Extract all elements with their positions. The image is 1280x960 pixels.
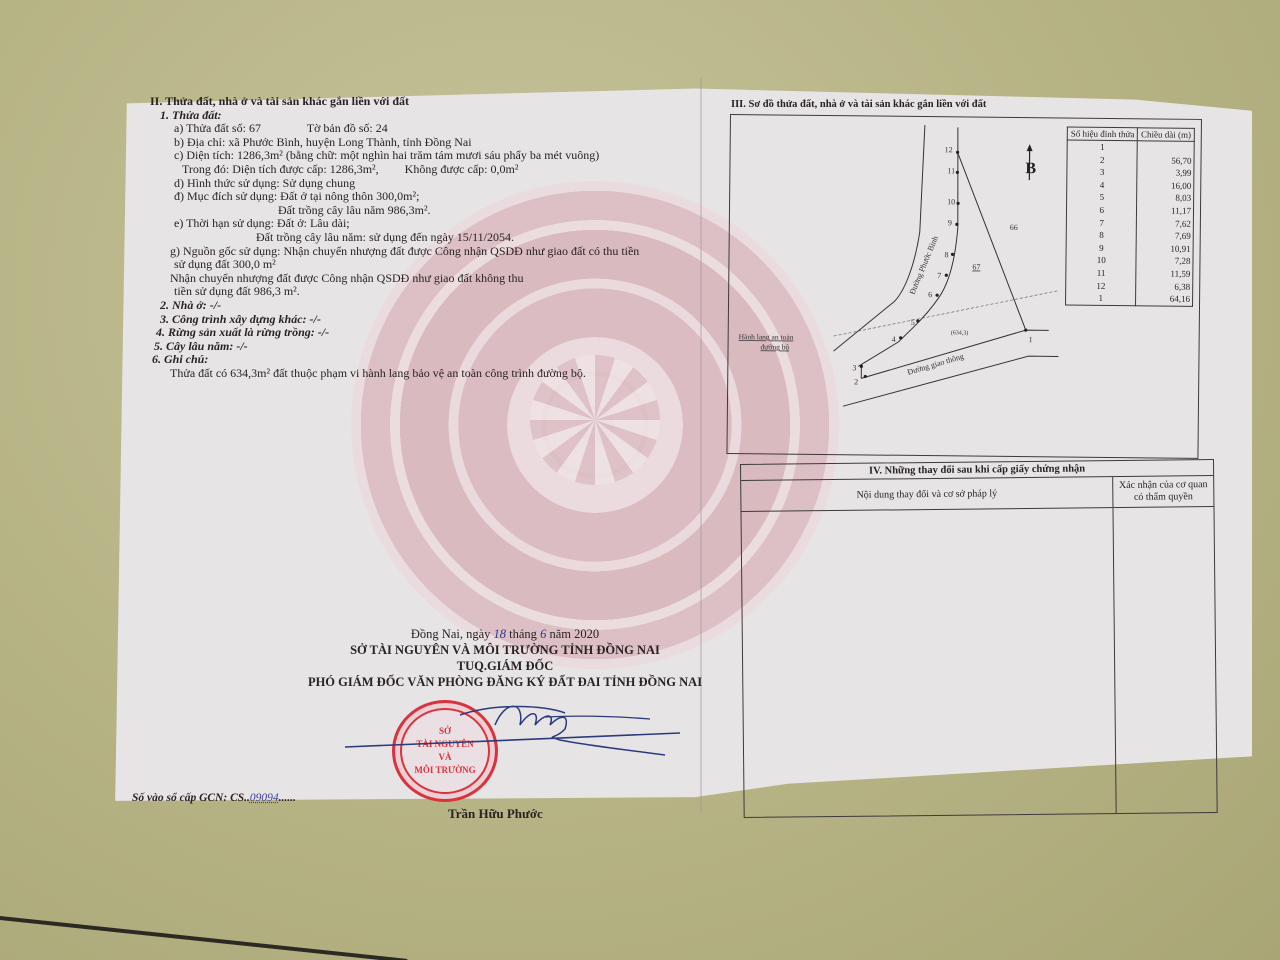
- term-1: e) Thời hạn sử dụng: Đất ở: Lâu dài;: [150, 217, 690, 231]
- area: c) Diện tích: 1286,3m² (bằng chữ: một ng…: [150, 149, 690, 163]
- corridor-area-label: (634,3): [951, 329, 969, 336]
- land-info-section: II. Thửa đất, nhà ở và tài sản khác gắn …: [150, 95, 690, 380]
- on-behalf: TUQ.GIÁM ĐỐC: [270, 658, 740, 674]
- length-cell: 56,70: [1137, 154, 1194, 167]
- origin-3: Nhận chuyển nhượng đất được Công nhận QS…: [150, 272, 690, 286]
- length-cell: 7,28: [1136, 255, 1193, 268]
- vertex-cell: 12: [1066, 279, 1137, 292]
- place-date: Đồng Nai, ngày 18 tháng 6 năm 2020: [270, 626, 740, 642]
- col-authority-confirmation: Xác nhận của cơ quan có thẩm quyền: [1112, 476, 1213, 507]
- signer-position: PHÓ GIÁM ĐỐC VĂN PHÒNG ĐĂNG KÝ ĐẤT ĐAI T…: [270, 674, 740, 690]
- purpose-1: đ) Mục đích sử dụng: Đất ở tại nông thôn…: [150, 190, 690, 204]
- table-row: 1: [1067, 140, 1194, 154]
- corridor-label-2: đường bộ: [761, 342, 790, 351]
- traffic-road-label: Đường giao thông: [906, 352, 965, 377]
- origin-2: sử dụng đất 300,0 m²: [150, 258, 690, 272]
- vertex-cell: 9: [1066, 241, 1137, 254]
- house: 2. Nhà ở: -/-: [150, 299, 690, 313]
- authority-confirmation-cell: [1112, 507, 1216, 813]
- col-change-content: Nội dung thay đổi và cơ sở pháp lý: [741, 477, 1112, 511]
- length-cell: 64,16: [1136, 292, 1193, 306]
- north-arrow-icon: B: [1025, 144, 1036, 180]
- length-cell: [1138, 141, 1195, 155]
- svg-text:5: 5: [911, 318, 915, 327]
- vertex-cell: 2: [1067, 153, 1138, 166]
- table-row: 164,16: [1066, 292, 1193, 306]
- authority: SỞ TÀI NGUYÊN VÀ MÔI TRƯỜNG TỈNH ĐỒNG NA…: [270, 642, 740, 658]
- land-diagram: 1 2 3 4 5 6 7 8 9 10 11 12 67 66 (634,3)…: [726, 114, 1202, 459]
- issue-month: 6: [540, 627, 546, 641]
- length-cell: 16,00: [1137, 179, 1194, 192]
- col-length: Chiều dài (m): [1138, 128, 1195, 142]
- usage-form: d) Hình thức sử dụng: Sử dụng chung: [150, 177, 690, 191]
- length-cell: 7,62: [1137, 217, 1194, 230]
- vertex-cell: 1: [1066, 292, 1137, 306]
- length-cell: 7,69: [1137, 229, 1194, 242]
- perennial-trees: 5. Cây lâu năm: -/-: [150, 340, 690, 354]
- handwritten-signature: [345, 695, 685, 765]
- corridor-label-1: Hành lang an toàn: [739, 332, 794, 342]
- neighbor-parcel-label: 66: [1010, 223, 1018, 232]
- svg-text:1: 1: [1029, 335, 1033, 344]
- signer-name: Trần Hữu Phước: [448, 806, 543, 822]
- vertex-cell: 6: [1066, 203, 1137, 216]
- length-cell: 8,03: [1137, 192, 1194, 205]
- svg-text:B: B: [1025, 160, 1036, 177]
- map-sheet-no: 24: [376, 121, 388, 135]
- parcel-label: 67: [972, 263, 980, 272]
- page-fold: [700, 78, 702, 813]
- vertex-length-table: Số hiệu đỉnh thửa Chiều dài (m) 1256,703…: [1065, 127, 1195, 307]
- registration-number: Số vào sổ cấp GCN: CS..09094......: [132, 792, 296, 804]
- svg-text:8: 8: [944, 250, 948, 259]
- area-breakdown: Trong đó: Diện tích được cấp: 1286,3m², …: [150, 163, 690, 177]
- map-sheet-label: Tờ bản đồ số:: [307, 121, 373, 135]
- length-cell: 3,99: [1137, 166, 1194, 179]
- land-heading: 1. Thửa đất:: [150, 109, 690, 123]
- purpose-2: Đất trồng cây lâu năm 986,3m².: [150, 204, 690, 218]
- vertex-cell: 7: [1066, 216, 1137, 229]
- notes-heading: 6. Ghi chú:: [150, 353, 690, 367]
- vertex-cell: 4: [1067, 178, 1138, 191]
- issue-day: 18: [494, 627, 507, 641]
- svg-text:4: 4: [892, 335, 896, 344]
- section-title: II. Thửa đất, nhà ở và tài sản khác gắn …: [150, 95, 690, 109]
- svg-text:10: 10: [947, 197, 955, 206]
- length-cell: 10,91: [1137, 242, 1194, 255]
- origin-4: tiền sử dụng đất 986,3 m².: [150, 285, 690, 299]
- vertex-cell: 3: [1067, 166, 1138, 179]
- area-granted: Trong đó: Diện tích được cấp: 1286,3m²,: [182, 162, 379, 176]
- parcel-no: 67: [249, 121, 261, 135]
- length-cell: 11,17: [1137, 204, 1194, 217]
- registration-number-value: 09094: [250, 792, 279, 804]
- notes-text: Thửa đất có 634,3m² đất thuộc phạm vi hà…: [150, 367, 690, 381]
- address: b) Địa chỉ: xã Phước Bình, huyện Long Th…: [150, 136, 690, 150]
- parcel-no-label: a) Thửa đất số:: [174, 121, 246, 135]
- length-cell: 11,59: [1136, 267, 1193, 280]
- plantation-forest: 4. Rừng sản xuất là rừng trồng: -/-: [150, 326, 690, 340]
- svg-text:11: 11: [947, 166, 955, 175]
- changes-table: IV. Những thay đổi sau khi cấp giấy chứn…: [740, 459, 1218, 818]
- svg-text:2: 2: [854, 377, 858, 386]
- vertex-cell: 10: [1066, 254, 1137, 267]
- vertex-cell: 5: [1067, 191, 1138, 204]
- origin-1: g) Nguồn gốc sử dụng: Nhận chuyển nhượng…: [150, 245, 690, 259]
- signature-block: Đồng Nai, ngày 18 tháng 6 năm 2020 SỞ TÀ…: [270, 626, 740, 690]
- svg-text:6: 6: [928, 290, 932, 299]
- vertex-cell: 1: [1067, 140, 1138, 154]
- parcel-line: a) Thửa đất số: 67 Tờ bản đồ số: 24: [150, 122, 690, 136]
- svg-text:3: 3: [852, 363, 856, 372]
- svg-text:7: 7: [937, 271, 941, 280]
- other-works: 3. Công trình xây dựng khác: -/-: [150, 313, 690, 327]
- floor-crack: [0, 915, 408, 960]
- change-content-cell: [742, 508, 1116, 817]
- vertex-cell: 11: [1066, 266, 1137, 279]
- col-vertex: Số hiệu đỉnh thửa: [1067, 127, 1138, 141]
- svg-text:9: 9: [948, 218, 952, 227]
- term-2: Đất trồng cây lâu năm: sử dụng đến ngày …: [150, 231, 690, 245]
- length-cell: 6,38: [1136, 280, 1193, 293]
- svg-text:12: 12: [945, 145, 953, 154]
- diagram-title: III. Sơ đồ thửa đất, nhà ở và tài sản kh…: [731, 99, 986, 110]
- parcel-sketch: 1 2 3 4 5 6 7 8 9 10 11 12 67 66 (634,3)…: [727, 115, 1071, 457]
- area-not-granted: Không được cấp: 0,0m²: [405, 162, 519, 176]
- vertex-cell: 8: [1066, 229, 1137, 242]
